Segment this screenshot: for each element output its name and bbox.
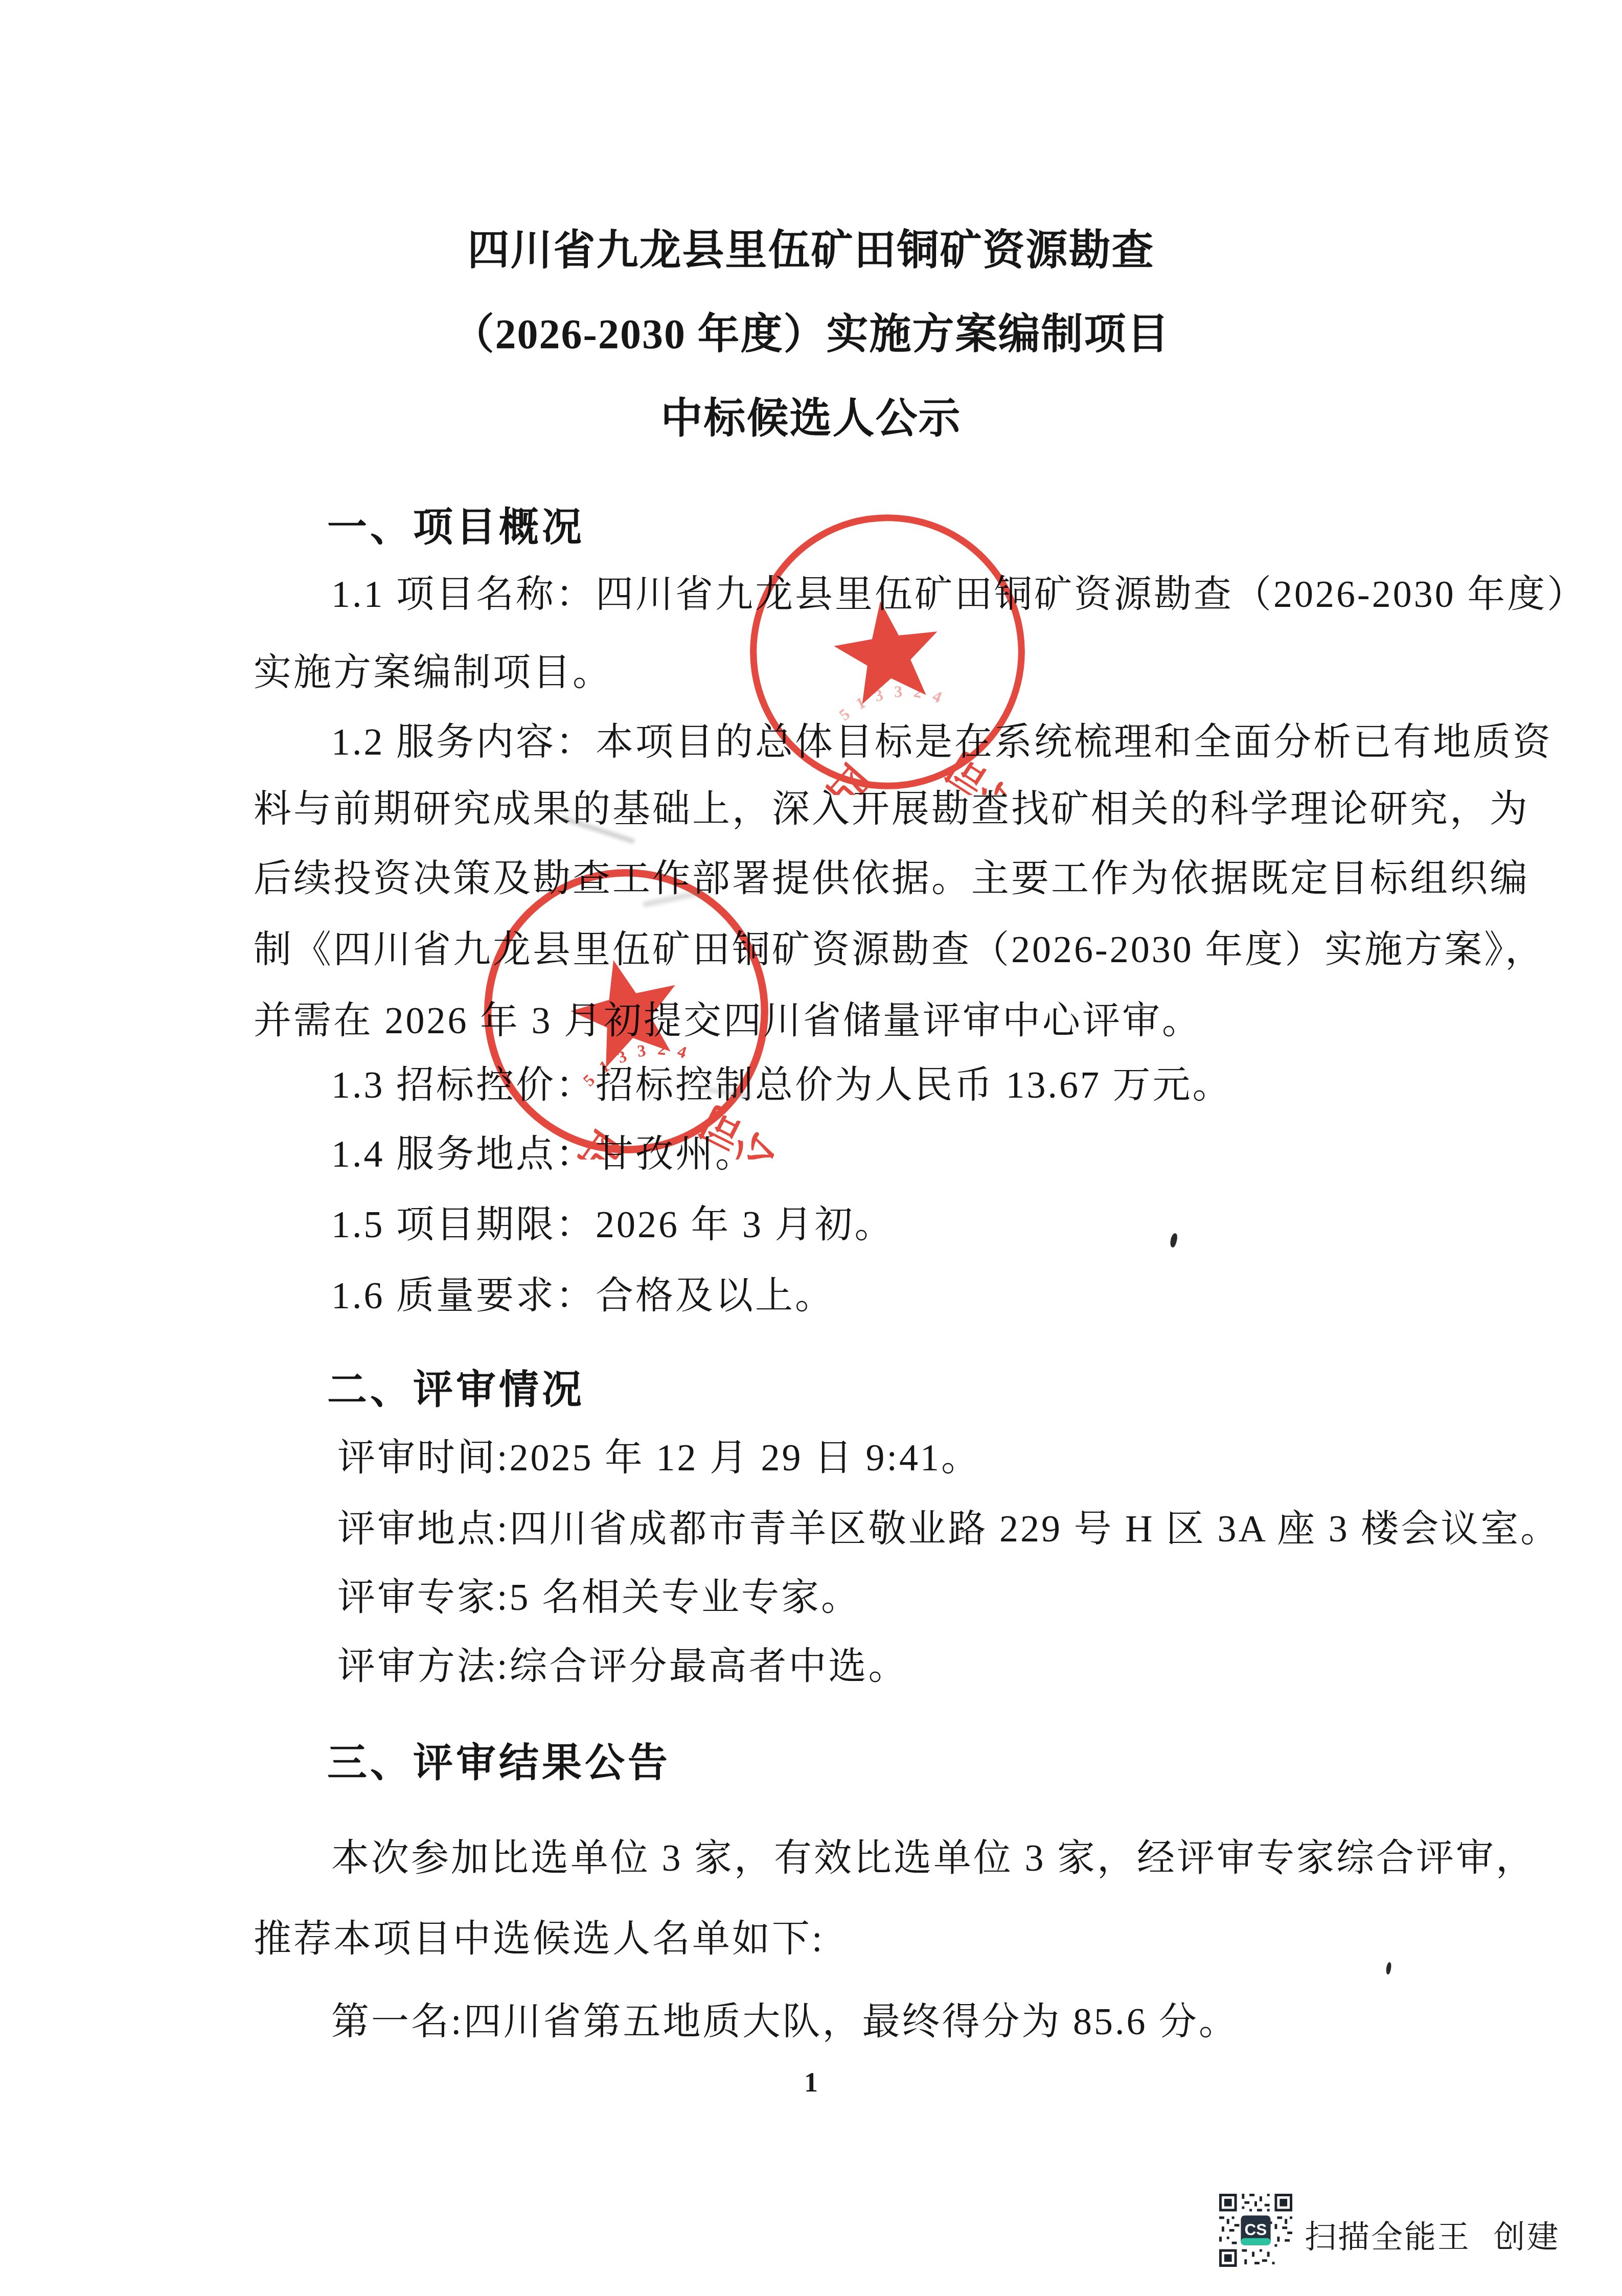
- doc-line-service-content-3: 后续投资决策及勘查工作部署提供依据。主要工作为依据既定目标组织编: [254, 848, 1529, 902]
- page-number: 1: [0, 2066, 1622, 2098]
- section-heading-review-result: 三、评审结果公告: [327, 1731, 671, 1788]
- doc-line-bid-control-price: 1.3 招标控价：招标控制总价为人民币 13.67 万元。: [331, 1055, 1232, 1109]
- camscanner-watermark-text: 扫描全能王 创建: [1305, 2212, 1560, 2257]
- doc-line-review-time: 评审时间:2025 年 12 月 29 日 9:41。: [337, 1427, 981, 1482]
- doc-line-result-summary-2: 推荐本项目中选候选人名单如下:: [254, 1908, 825, 1963]
- section-heading-project-overview: 一、项目概况: [327, 495, 585, 553]
- doc-line-project-duration: 1.5 项目期限：2026 年 3 月初。: [331, 1194, 895, 1248]
- company-seal-lower: 四川里伍铜业股份有限公司 5133240: [478, 863, 774, 1160]
- camscanner-logo-text: CS: [1245, 2220, 1267, 2239]
- doc-line-result-summary-1: 本次参加比选单位 3 家，有效比选单位 3 家，经评审专家综合评审，: [331, 1828, 1536, 1882]
- company-seal-upper: 四川里伍铜业股份有限公司 5133240: [734, 509, 1041, 795]
- doc-line-service-content-4: 制《四川省九龙县里伍矿田铜矿资源勘查（2026-2030 年度）实施方案》，: [254, 919, 1545, 973]
- qr-code: CS: [1219, 2194, 1293, 2267]
- doc-line-review-method: 评审方法:综合评分最高者中选。: [337, 1636, 908, 1690]
- scan-speck: [1169, 1233, 1178, 1248]
- scan-speck: [1385, 1962, 1392, 1974]
- doc-line-quality-requirement: 1.6 质量要求：合格及以上。: [331, 1265, 835, 1320]
- doc-line-project-name-2: 实施方案编制项目。: [254, 642, 612, 696]
- doc-line-review-location: 评审地点:四川省成都市青羊区敬业路 229 号 H 区 3A 座 3 楼会议室。: [337, 1498, 1560, 1553]
- scanned-document-page: 四川省九龙县里伍矿田铜矿资源勘查 （2026-2030 年度）实施方案编制项目 …: [0, 0, 1622, 2296]
- page-title-line-2: （2026-2030 年度）实施方案编制项目: [0, 301, 1622, 360]
- page-title-line-1: 四川省九龙县里伍矿田铜矿资源勘查: [0, 217, 1622, 277]
- section-heading-review-situation: 二、评审情况: [327, 1358, 585, 1415]
- camscanner-logo-icon: CS: [1241, 2215, 1270, 2245]
- doc-line-review-experts: 评审专家:5 名相关专业专家。: [337, 1567, 861, 1621]
- page-title-line-3: 中标候选人公示: [0, 385, 1622, 445]
- doc-line-first-place: 第一名:四川省第五地质大队，最终得分为 85.6 分。: [331, 1991, 1239, 2045]
